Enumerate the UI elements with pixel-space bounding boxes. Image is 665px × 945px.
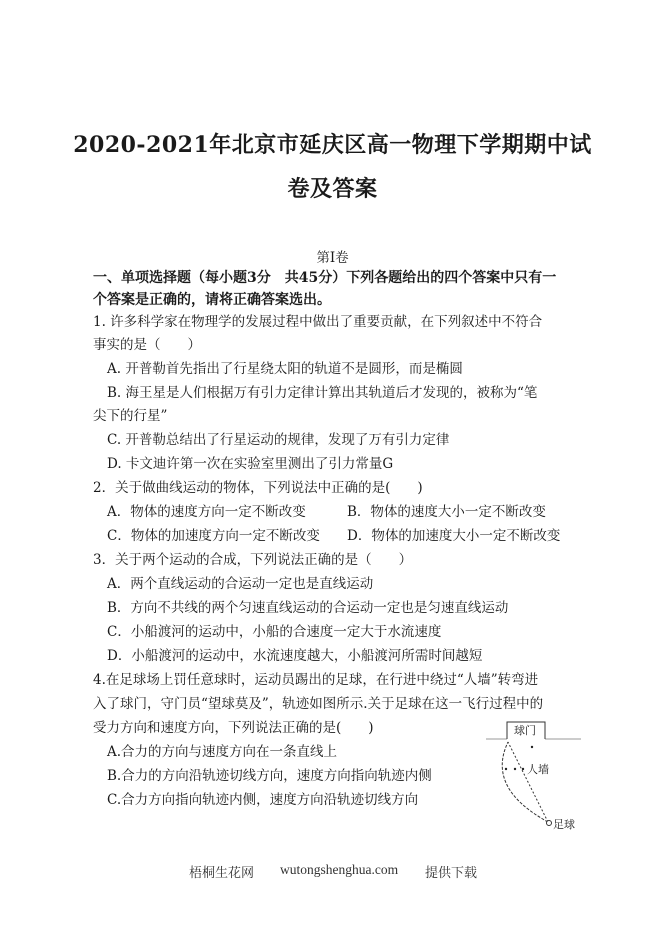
option-b: B.合力的方向沿轨迹切线方向，速度方向指向轨迹内侧 (107, 767, 432, 785)
volume-label: 第Ⅰ卷 (0, 246, 665, 266)
document-title-line1: 2020-2021年北京市延庆区高一物理下学期期中试 (0, 128, 665, 159)
option-d: D．小船渡河的运动中，水流速度越大，小船渡河所需时间越短 (107, 647, 482, 665)
document-title-line2: 卷及答案 (0, 172, 665, 203)
wall-label: 人墙 (527, 761, 549, 777)
question-stem: 3．关于两个运动的合成，下列说法正确的是（ ） (93, 551, 412, 569)
section-heading-line2: 个答案是正确的，请将正确答案选出。 (93, 291, 331, 309)
question-stem: 事实的是（ ） (93, 336, 201, 354)
goal-label: 球门 (514, 722, 536, 738)
question-stem: 2．关于做曲线运动的物体，下列说法中正确的是( ) (93, 479, 423, 497)
question-stem: 入了球门，守门员“望球莫及”，轨迹如图所示.关于足球在这一飞行过程中的 (93, 695, 543, 713)
option-b: B. 海王星是人们根据万有引力定律计算出其轨道后才发现的，被称为“笔 (107, 384, 537, 402)
option-a: A. 开普勒首先指出了行星绕太阳的轨道不是圆形，而是椭圆 (107, 360, 463, 378)
option-d: D. 卡文迪许第一次在实验室里测出了引力常量G (107, 455, 393, 473)
question-stem: 1. 许多科学家在物理学的发展过程中做出了重要贡献，在下列叙述中不符合 (93, 313, 542, 331)
ball-label: 足球 (553, 816, 575, 832)
footer-note: 提供下载 (425, 862, 477, 881)
option-b: B．物体的速度大小一定不断改变 (347, 503, 546, 521)
free-kick-diagram: 球门 人墙 足球 (486, 718, 586, 838)
footer-site-name: 梧桐生花网 (189, 862, 254, 881)
option-b-continued: 尖下的行星” (93, 407, 167, 425)
question-stem: 4.在足球场上罚任意球时，运动员踢出的足球，在行进中绕过“人墙”转弯进 (93, 671, 538, 689)
option-c: C．物体的加速度方向一定不断改变 (107, 527, 320, 545)
section-heading-line1: 一、单项选择题（每小题3分 共45分）下列各题给出的四个答案中只有一 (93, 269, 556, 287)
option-a: A.合力的方向与速度方向在一条直线上 (107, 743, 337, 761)
footer-site-url[interactable]: wutongshenghua.com (280, 862, 398, 878)
option-a: A．物体的速度方向一定不断改变 (107, 503, 306, 521)
question-stem: 受力方向和速度方向，下列说法正确的是( ) (93, 719, 374, 737)
option-b: B．方向不共线的两个匀速直线运动的合运动一定也是匀速直线运动 (107, 599, 508, 617)
option-c: C．小船渡河的运动中，小船的合速度一定大于水流速度 (107, 623, 441, 641)
option-c: C. 开普勒总结出了行星运动的规律，发现了万有引力定律 (107, 431, 449, 449)
option-c: C.合力方向指向轨迹内侧，速度方向沿轨迹切线方向 (107, 791, 418, 809)
option-a: A．两个直线运动的合运动一定也是直线运动 (107, 575, 373, 593)
option-d: D．物体的加速度大小一定不断改变 (347, 527, 560, 545)
